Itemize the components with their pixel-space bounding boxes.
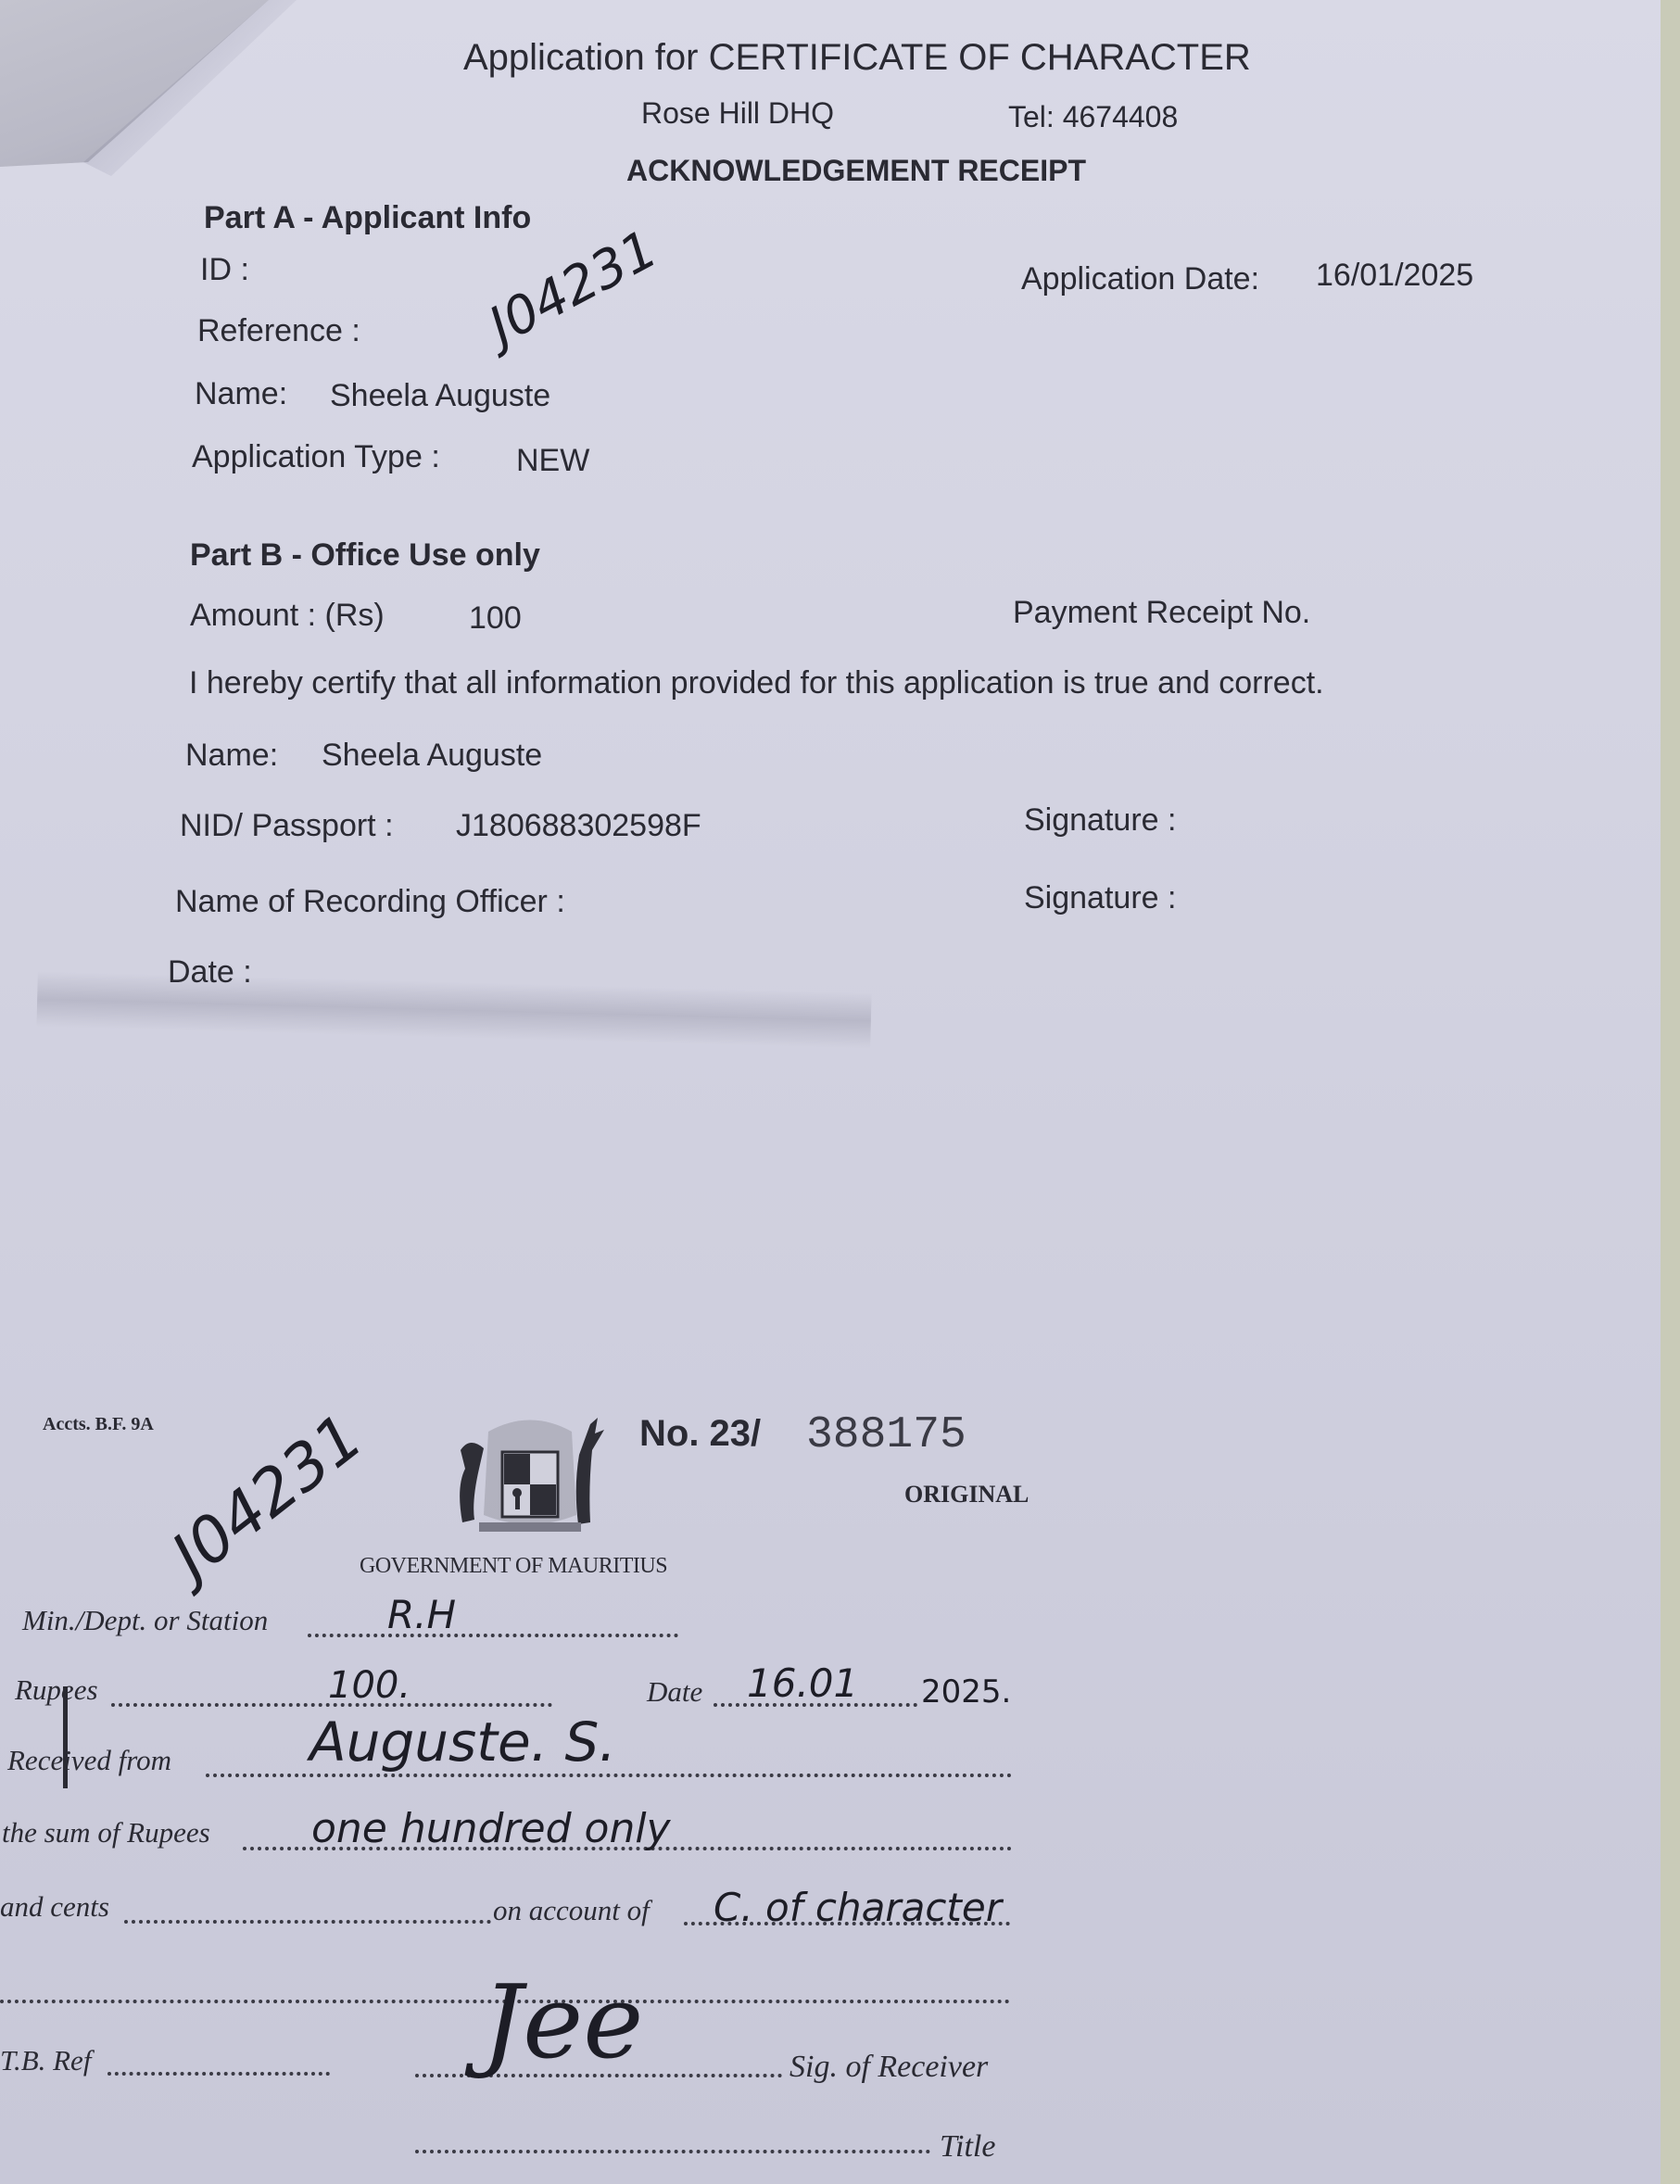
cents-line — [124, 1920, 491, 1924]
reference-label: Reference : — [197, 313, 360, 349]
application-type-value: NEW — [516, 443, 589, 479]
part-b-heading: Part B - Office Use only — [190, 537, 540, 574]
tb-ref-label: T.B. Ref — [0, 2044, 91, 2077]
amount-value: 100 — [469, 600, 522, 637]
sum-label: the sum of Rupees — [2, 1816, 210, 1849]
nid-passport-label: NID/ Passport : — [180, 808, 394, 844]
receipt-date-value: 16.01 — [747, 1660, 858, 1706]
account-label: on account of — [493, 1894, 650, 1927]
receipt-number-prefix: No. 23/ — [639, 1413, 761, 1455]
nid-passport-value: J180688302598F — [456, 808, 701, 844]
cents-label: and cents — [0, 1890, 109, 1924]
rupees-label: Rupees — [15, 1673, 98, 1707]
receipt-year: 2025. — [921, 1673, 1011, 1711]
account-value: C. of character — [714, 1885, 1002, 1930]
amount-label: Amount : (Rs) — [190, 598, 385, 634]
issuer-name: GOVERNMENT OF MAURITIUS — [360, 1554, 667, 1579]
station-line — [308, 1634, 678, 1637]
recording-officer-label: Name of Recording Officer : — [175, 884, 565, 920]
sum-value: one hundred only — [311, 1805, 671, 1852]
station-value: R.H — [387, 1592, 456, 1637]
sig-receiver-label: Sig. of Receiver — [789, 2050, 988, 2085]
payment-receipt-label: Payment Receipt No. — [1013, 595, 1310, 631]
receipt-subtitle: ACKNOWLEDGEMENT RECEIPT — [626, 154, 1086, 188]
officer-signature-label: Signature : — [1024, 880, 1176, 916]
id-label: ID : — [200, 252, 249, 288]
receipt-date-label: Date — [647, 1675, 702, 1709]
name-label: Name: — [195, 376, 287, 412]
application-date-value: 16/01/2025 — [1316, 258, 1473, 294]
form-code: Accts. B.F. 9A — [43, 1414, 154, 1435]
application-date-label: Application Date: — [1021, 261, 1259, 297]
received-from-line — [206, 1774, 1012, 1777]
part-a-heading: Part A - Applicant Info — [204, 200, 531, 236]
copy-label: ORIGINAL — [904, 1481, 1029, 1509]
rupees-value: 100. — [328, 1664, 411, 1707]
office-telephone: Tel: 4674408 — [1008, 100, 1178, 134]
receipt-number: 388175 — [806, 1410, 966, 1460]
coat-of-arms-icon — [451, 1413, 609, 1547]
declarant-name-label: Name: — [185, 738, 278, 774]
applicant-signature-label: Signature : — [1024, 802, 1176, 839]
date-label: Date : — [168, 954, 252, 991]
received-from-value: Auguste. S. — [309, 1711, 616, 1774]
office-name: Rose Hill DHQ — [641, 96, 834, 131]
tb-ref-line — [107, 2072, 330, 2076]
document-title: Application for CERTIFICATE OF CHARACTER — [463, 37, 1251, 79]
station-label: Min./Dept. or Station — [22, 1604, 268, 1637]
application-type-label: Application Type : — [192, 439, 440, 475]
title-label: Title — [940, 2129, 995, 2165]
received-from-label: Received from — [7, 1744, 171, 1777]
certification-statement: I hereby certify that all information pr… — [189, 665, 1324, 701]
receiver-signature: Jee — [482, 1963, 643, 2081]
title-line — [415, 2150, 930, 2153]
applicant-name: Sheela Auguste — [330, 378, 550, 414]
declarant-name: Sheela Auguste — [322, 738, 542, 774]
